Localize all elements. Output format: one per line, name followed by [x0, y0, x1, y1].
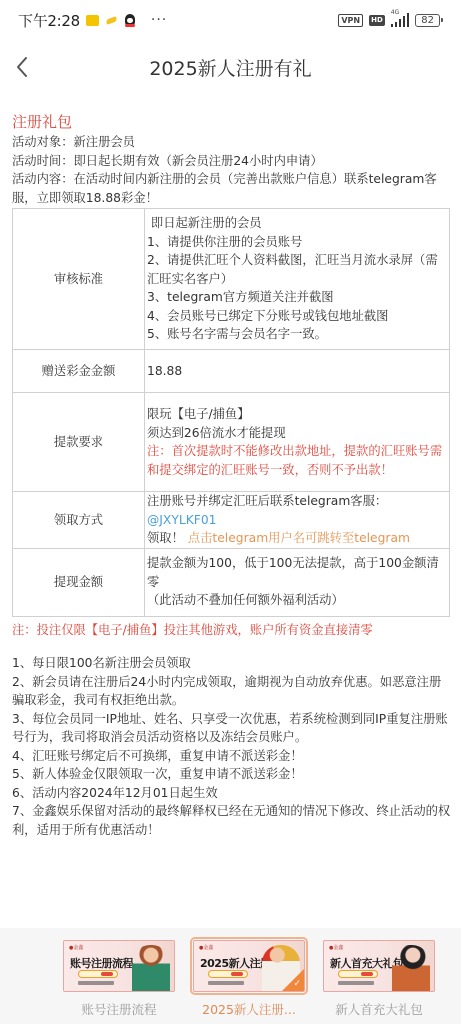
term-item: 4、汇旺账号绑定后不可换绑，重复申请不派送彩金！ — [12, 747, 452, 766]
status-bar-right: VPN HD 4G 82 — [338, 13, 443, 27]
section-title: 注册礼包 — [12, 112, 452, 133]
row-label: 提现金额 — [13, 548, 145, 616]
promo-content: 注册礼包 活动对象：新注册会员 活动时间：即日起长期有效（新会员注册24小时内申… — [12, 112, 452, 839]
banner-headline: 账号注册流程 — [70, 955, 133, 971]
row-value: 即日起新注册的会员 1、请提供你注册的会员账号 2、请提供汇旺个人资料截图，汇旺… — [145, 209, 450, 350]
intro-line-target: 活动对象：新注册会员 — [12, 133, 452, 152]
chevron-left-icon — [15, 56, 29, 78]
tray-item-first-deposit-pack[interactable]: ●金鑫 新人首充大礼包 新人首充大礼包 — [320, 940, 438, 1018]
tray-label: 2025新人注册... — [202, 1000, 296, 1018]
status-bar-left: 下午2:28 ··· — [18, 10, 167, 31]
banner-headline: 2025新人注册 — [200, 955, 271, 971]
row-value: 限玩【电子/捕鱼】 须达到26倍流水才能提现 注：首次提款时不能修改出款地址，提… — [145, 393, 450, 492]
row-label: 赠送彩金金额 — [13, 350, 145, 393]
tray-item-2025-new-register[interactable]: ●金鑫 2025新人注册 ✓ 2025新人注册... — [190, 940, 308, 1018]
criteria-line: 1、请提供你注册的会员账号 — [147, 233, 447, 252]
telegram-username-link[interactable]: @JXYLKF01 — [147, 513, 217, 527]
promo-banner: ●金鑫 账号注册流程 — [63, 940, 175, 992]
more-notifications-icon: ··· — [151, 12, 167, 28]
row-value: 注册账号并绑定汇旺后联系telegram客服：@JXYLKF01 领取！ 点击t… — [145, 492, 450, 549]
status-bar: 下午2:28 ··· VPN HD 4G 82 — [0, 0, 461, 40]
banner-pill — [78, 970, 118, 978]
network-type-label: 4G — [391, 9, 399, 16]
hd-icon: HD — [369, 15, 385, 26]
back-button[interactable] — [10, 54, 34, 80]
tray-label: 账号注册流程 — [81, 1000, 156, 1018]
tray-label: 新人首充大礼包 — [335, 1000, 423, 1018]
criteria-line: 即日起新注册的会员 — [147, 214, 447, 233]
tray-item-account-registration[interactable]: ●金鑫 账号注册流程 账号注册流程 — [60, 940, 178, 1018]
promo-tray: ●金鑫 账号注册流程 账号注册流程 ●金鑫 2025新人注册 ✓ 2025新人注… — [0, 928, 461, 1024]
brand-logo-icon: ●金鑫 — [69, 944, 83, 951]
intro-line-content: 活动内容：在活动时间内新注册的会员（完善出款账户信息）联系telegram客服，… — [12, 170, 452, 207]
intro-line-time: 活动时间：即日起长期有效（新会员注册24小时内申请） — [12, 152, 452, 171]
banner-figure-image — [392, 945, 430, 991]
page-title: 2025新人注册有礼 — [149, 54, 311, 81]
betting-restriction-note: 注：投注仅限【电子/捕鱼】投注其他游戏，账户所有资金直接清零 — [12, 621, 452, 640]
table-row: 提款要求 限玩【电子/捕鱼】 须达到26倍流水才能提现 注：首次提款时不能修改出… — [13, 393, 450, 492]
checkmark-icon: ✓ — [293, 979, 301, 989]
term-item: 7、金鑫娱乐保留对活动的最终解释权已经在无通知的情况下修改、终止活动的权利，适用… — [12, 802, 452, 839]
qq-penguin-icon — [125, 14, 135, 26]
criteria-line: 5、账号名字需与会员名字一致。 — [147, 325, 447, 344]
row-label: 审核标准 — [13, 209, 145, 350]
promo-banner: ●金鑫 新人首充大礼包 — [323, 940, 435, 992]
no-stacking-note: （此活动不叠加任何额外福利活动） — [147, 591, 447, 610]
criteria-line: 4、会员账号已绑定下分账号或钱包地址截图 — [147, 307, 447, 326]
withdrawal-amount-rule: 提款金额为100，低于100无法提款，高于100金额清零 — [147, 554, 447, 591]
row-label: 提款要求 — [13, 393, 145, 492]
criteria-line: 3、telegram官方频道关注并截图 — [147, 288, 447, 307]
terms-list: 1、每日限100名新注册会员领取 2、新会员请在注册后24小时内完成领取，逾期视… — [12, 654, 452, 839]
claim-text: 注册账号并绑定汇旺后联系telegram客服： — [147, 494, 387, 508]
telegram-hint: 点击telegram用户名可跳转至telegram — [188, 531, 410, 545]
bonus-amount: 18.88 — [145, 350, 450, 393]
promo-banner: ●金鑫 2025新人注册 ✓ — [193, 940, 305, 992]
battery-level: 82 — [415, 14, 440, 27]
criteria-line: 2、请提供汇旺个人资料截图，汇旺当月流水录屏（需汇旺实名客户） — [147, 251, 447, 288]
row-value: 提款金额为100，低于100无法提款，高于100金额清零 （此活动不叠加任何额外… — [145, 548, 450, 616]
vpn-icon: VPN — [338, 14, 363, 27]
nav-header: 2025新人注册有礼 — [0, 40, 461, 95]
term-item: 2、新会员请在注册后24小时内完成领取，逾期视为自动放弃优惠。如恶意注册骗取彩金… — [12, 673, 452, 710]
game-limit: 限玩【电子/捕鱼】 — [147, 405, 447, 424]
table-row: 领取方式 注册账号并绑定汇旺后联系telegram客服：@JXYLKF01 领取… — [13, 492, 450, 549]
term-item: 5、新人体验金仅限领取一次，重复申请不派送彩金！ — [12, 765, 452, 784]
term-item: 1、每日限100名新注册会员领取 — [12, 654, 452, 673]
row-label: 领取方式 — [13, 492, 145, 549]
table-row: 提现金额 提款金额为100，低于100无法提款，高于100金额清零 （此活动不叠… — [13, 548, 450, 616]
term-item: 3、每位会员同一IP地址、姓名、只享受一次优惠，若系统检测到同IP重复注册账号行… — [12, 710, 452, 747]
banner-pill — [338, 970, 378, 978]
meituan-app-icon — [86, 15, 99, 26]
banner-pill — [208, 970, 248, 978]
banner-figure-image — [132, 945, 170, 991]
claim-text-after: 领取！ — [147, 531, 184, 545]
term-item: 6、活动内容2024年12月01日起生效 — [12, 784, 452, 803]
brand-logo-icon: ●金鑫 — [199, 944, 213, 951]
brand-logo-icon: ●金鑫 — [329, 944, 343, 951]
status-time: 下午2:28 — [18, 10, 80, 31]
withdrawal-note: 注：首次提款时不能修改出款地址，提款的汇旺账号需和提交绑定的汇旺账号一致，否则不… — [147, 442, 447, 479]
cell-signal-icon: 4G — [391, 13, 410, 27]
turnover-requirement: 须达到26倍流水才能提现 — [147, 424, 447, 443]
bird-app-icon — [105, 15, 119, 25]
rules-table: 审核标准 即日起新注册的会员 1、请提供你注册的会员账号 2、请提供汇旺个人资料… — [12, 208, 450, 617]
battery-icon: 82 — [415, 14, 443, 27]
table-row: 审核标准 即日起新注册的会员 1、请提供你注册的会员账号 2、请提供汇旺个人资料… — [13, 209, 450, 350]
table-row: 赠送彩金金额 18.88 — [13, 350, 450, 393]
